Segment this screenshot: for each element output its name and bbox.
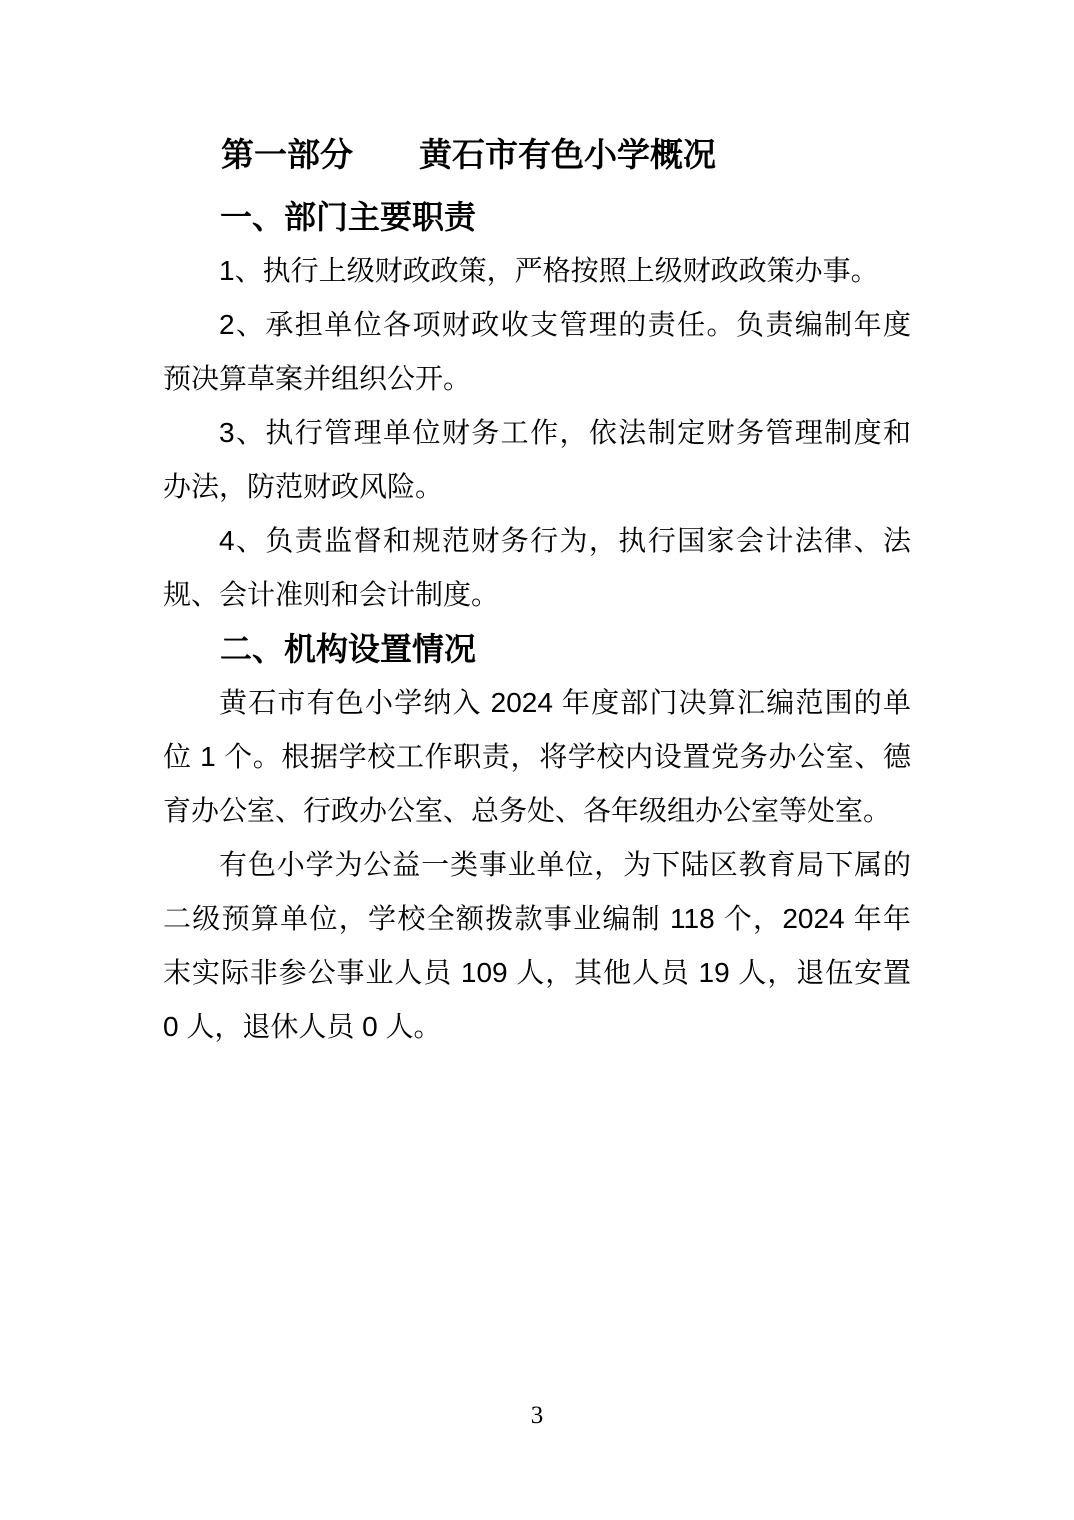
text-line: 育办公室、行政办公室、总务处、各年级组办公室等处室。: [163, 784, 911, 838]
text-line: 规、会计准则和会计制度。: [163, 568, 911, 622]
text-line: 办法，防范财政风险。: [163, 460, 911, 514]
text-line: 有色小学为公益一类事业单位，为下陆区教育局下属的: [163, 838, 911, 892]
text-line: 末实际非参公事业人员 109 人，其他人员 19 人，退伍安置: [163, 946, 911, 1000]
document-content: 第一部分 黄石市有色小学概况 一、部门主要职责 1、执行上级财政政策，严格按照上…: [163, 128, 911, 1054]
text-line: 4、负责监督和规范财务行为，执行国家会计法律、法: [163, 514, 911, 568]
text-line: 预决算草案并组织公开。: [163, 352, 911, 406]
text-line: 3、执行管理单位财务工作，依法制定财务管理制度和: [163, 406, 911, 460]
text-line: 2、承担单位各项财政收支管理的责任。负责编制年度: [163, 298, 911, 352]
part-heading: 第一部分 黄石市有色小学概况: [163, 128, 911, 182]
text-line: 1、执行上级财政政策，严格按照上级财政政策办事。: [163, 244, 911, 298]
text-line: 0 人，退休人员 0 人。: [163, 1000, 911, 1054]
section-heading-duties: 一、部门主要职责: [163, 190, 911, 244]
page-number: 3: [0, 1402, 1074, 1430]
text-line: 位 1 个。根据学校工作职责，将学校内设置党务办公室、德: [163, 730, 911, 784]
text-line: 二级预算单位，学校全额拨款事业编制 118 个，2024 年年: [163, 892, 911, 946]
document-page: 第一部分 黄石市有色小学概况 一、部门主要职责 1、执行上级财政政策，严格按照上…: [0, 0, 1074, 1520]
text-line: 黄石市有色小学纳入 2024 年度部门决算汇编范围的单: [163, 676, 911, 730]
section-heading-organization: 二、机构设置情况: [163, 622, 911, 676]
